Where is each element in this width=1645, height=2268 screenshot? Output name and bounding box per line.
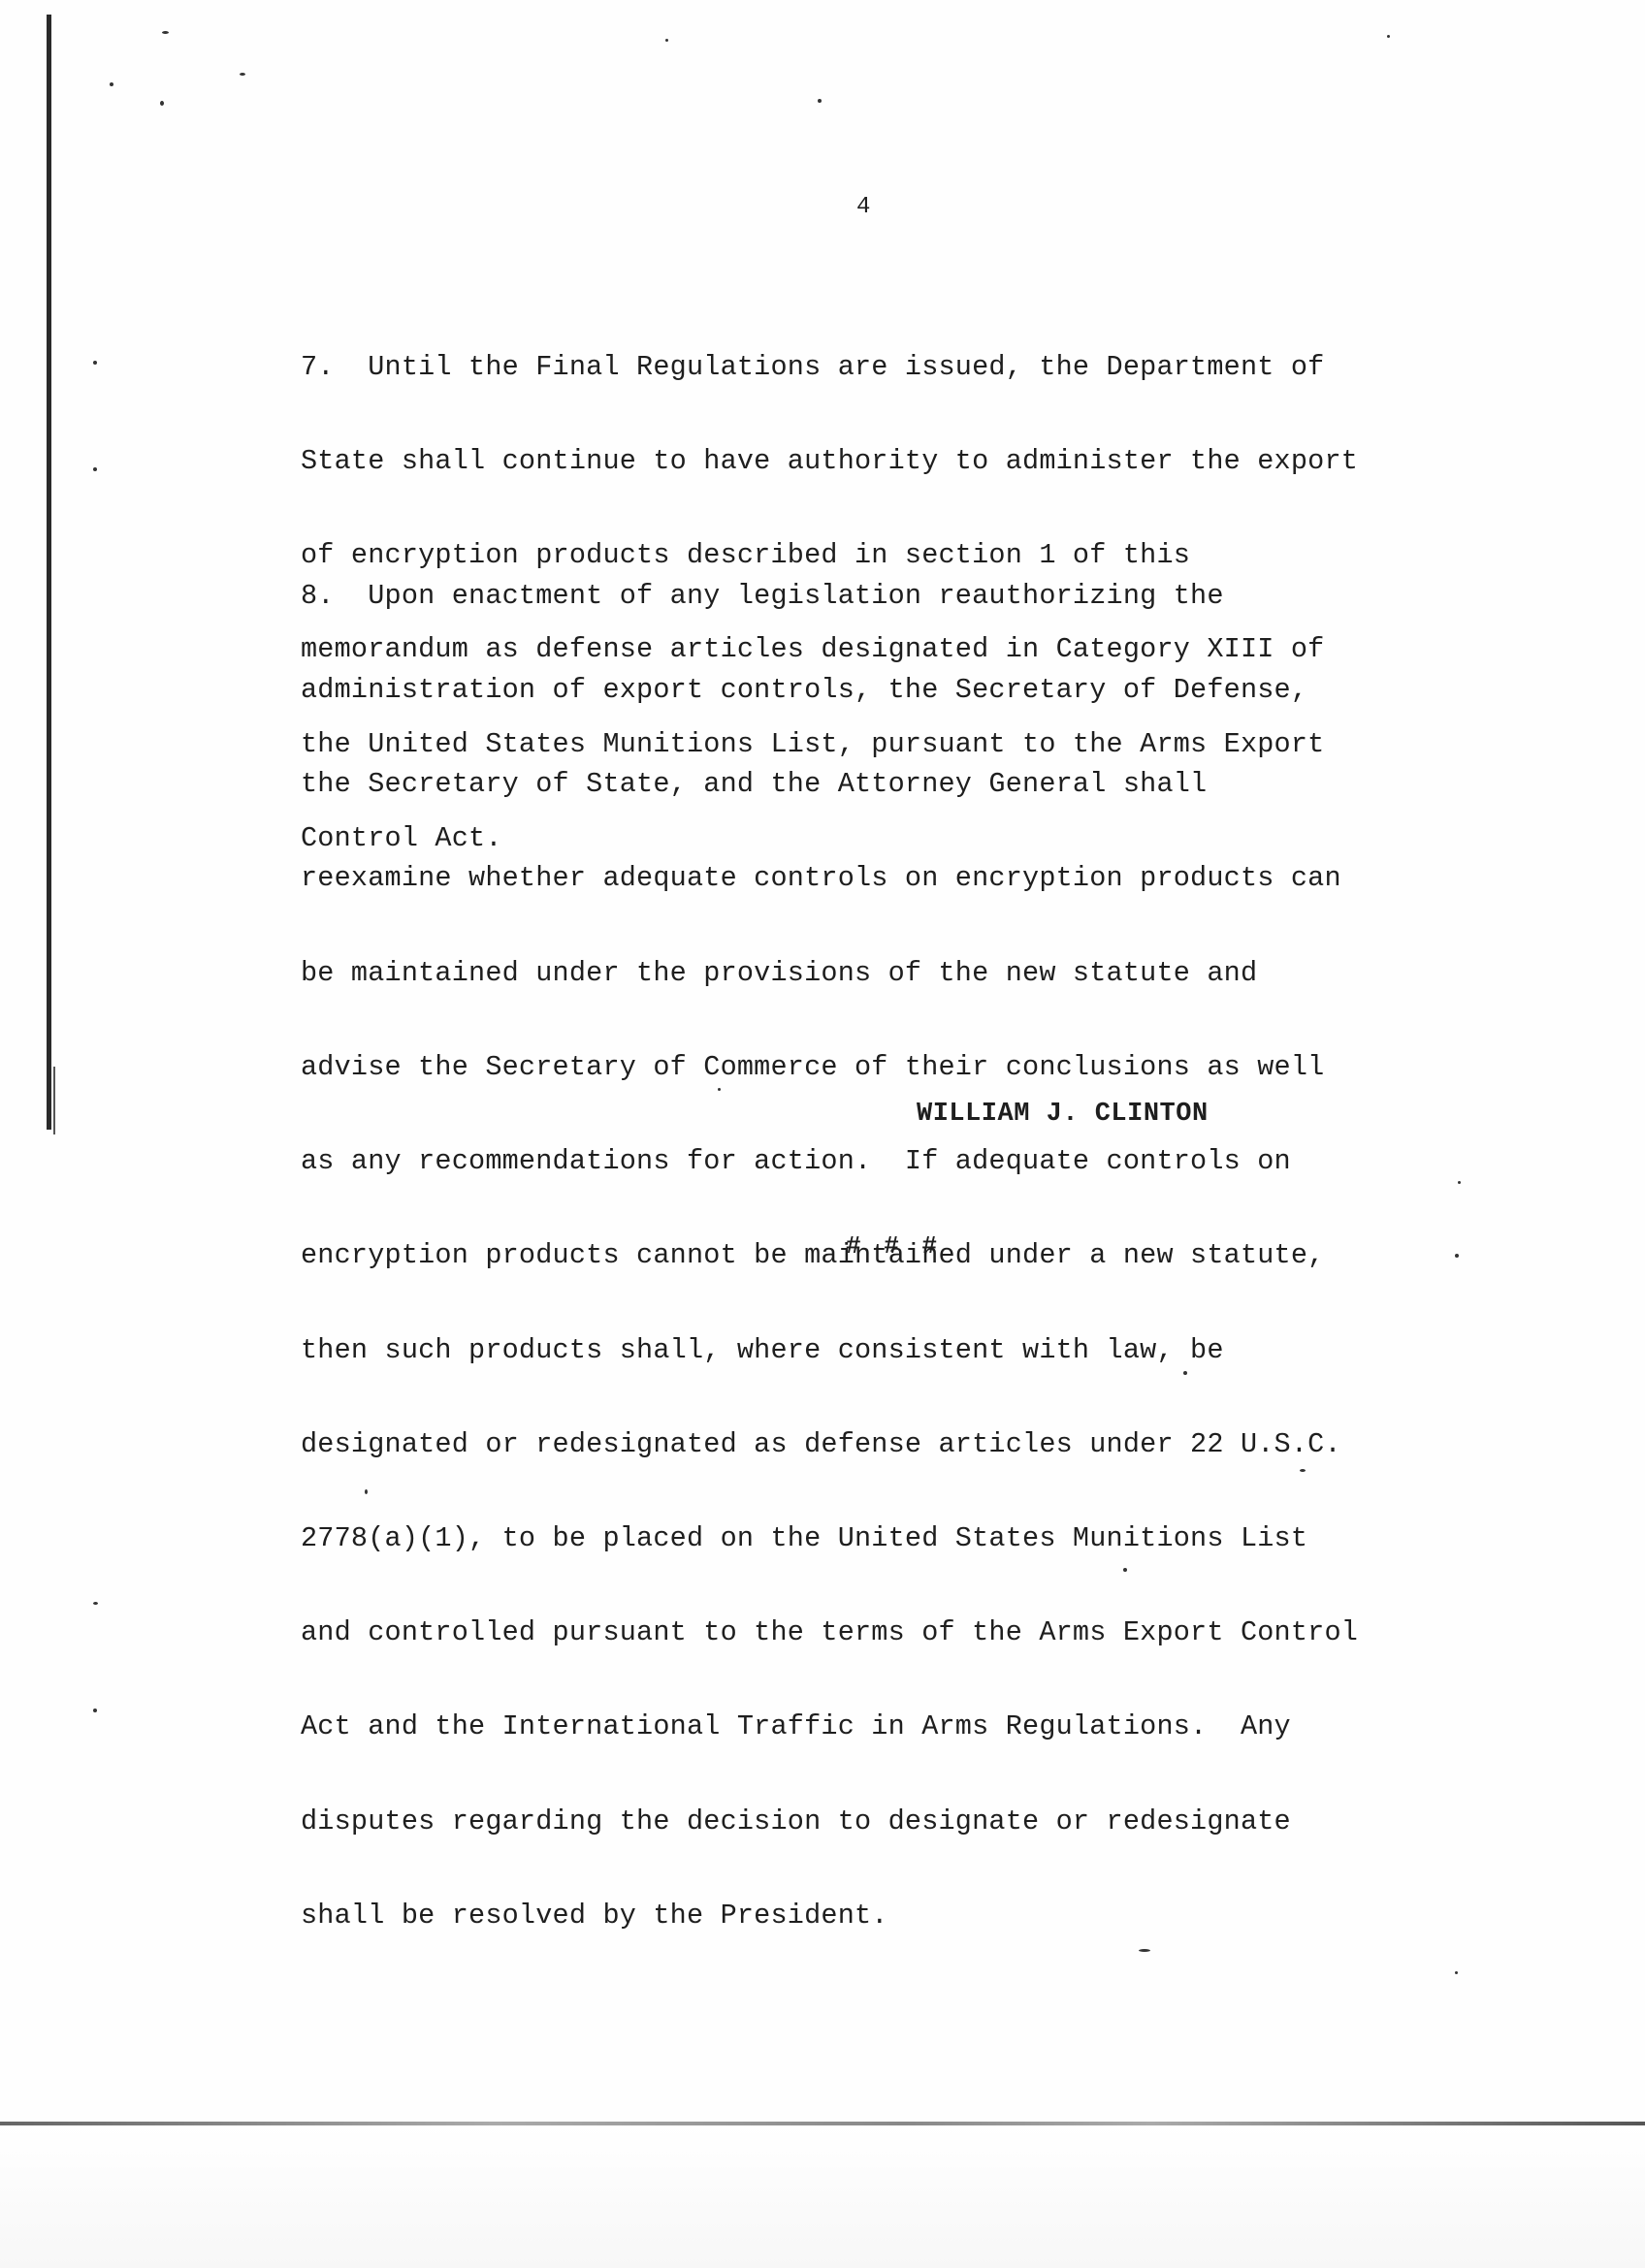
scan-speck: [365, 1489, 368, 1494]
text-line: 2778(a)(1), to be placed on the United S…: [301, 1523, 1358, 1554]
scan-speck: [110, 82, 113, 86]
scan-speck: [1455, 1971, 1458, 1974]
text-line: reexamine whether adequate controls on e…: [301, 863, 1358, 894]
text-line: Act and the International Traffic in Arm…: [301, 1711, 1358, 1742]
text-line: 7. Until the Final Regulations are issue…: [301, 352, 1358, 383]
scan-speck: [162, 31, 169, 34]
text-line: the Secretary of State, and the Attorney…: [301, 769, 1358, 800]
scanned-page: 4 7. Until the Final Regulations are iss…: [0, 0, 1645, 2124]
scan-speck: [240, 73, 245, 76]
scan-speck: [93, 467, 97, 471]
scan-speck: [818, 99, 822, 103]
text-line: as any recommendations for action. If ad…: [301, 1146, 1358, 1177]
page-number: 4: [856, 194, 870, 220]
end-mark: # # #: [846, 1231, 937, 1261]
scan-speck: [1387, 35, 1390, 38]
scan-edge-line: [47, 15, 51, 1130]
scan-speck: [160, 101, 164, 106]
text-line: administration of export controls, the S…: [301, 675, 1358, 706]
scan-speck: [665, 39, 668, 42]
text-line: encryption products cannot be maintained…: [301, 1240, 1358, 1271]
text-line: then such products shall, where consiste…: [301, 1335, 1358, 1366]
text-line: State shall continue to have authority t…: [301, 446, 1358, 477]
text-line: disputes regarding the decision to desig…: [301, 1806, 1358, 1837]
text-line: 8. Upon enactment of any legislation rea…: [301, 581, 1358, 612]
scan-speck: [1458, 1181, 1461, 1184]
scan-speck: [1139, 1949, 1150, 1952]
scan-speck: [718, 1088, 721, 1091]
scan-speck: [93, 361, 97, 365]
text-line: and controlled pursuant to the terms of …: [301, 1617, 1358, 1648]
text-line: be maintained under the provisions of th…: [301, 958, 1358, 989]
scan-speck: [1183, 1371, 1187, 1375]
text-line: advise the Secretary of Commerce of thei…: [301, 1052, 1358, 1083]
scan-speck: [1455, 1254, 1459, 1258]
scanner-background: [0, 2125, 1645, 2268]
signature: WILLIAM J. CLINTON: [917, 1100, 1209, 1129]
paragraph-8: 8. Upon enactment of any legislation rea…: [301, 518, 1358, 1995]
text-line: designated or redesignated as defense ar…: [301, 1429, 1358, 1460]
scan-speck: [1300, 1469, 1306, 1472]
text-line: shall be resolved by the President.: [301, 1901, 1358, 1932]
scan-edge-line-thin: [53, 1067, 55, 1134]
scan-speck: [1123, 1568, 1127, 1572]
scan-speck: [93, 1709, 97, 1712]
scan-speck: [93, 1602, 98, 1605]
